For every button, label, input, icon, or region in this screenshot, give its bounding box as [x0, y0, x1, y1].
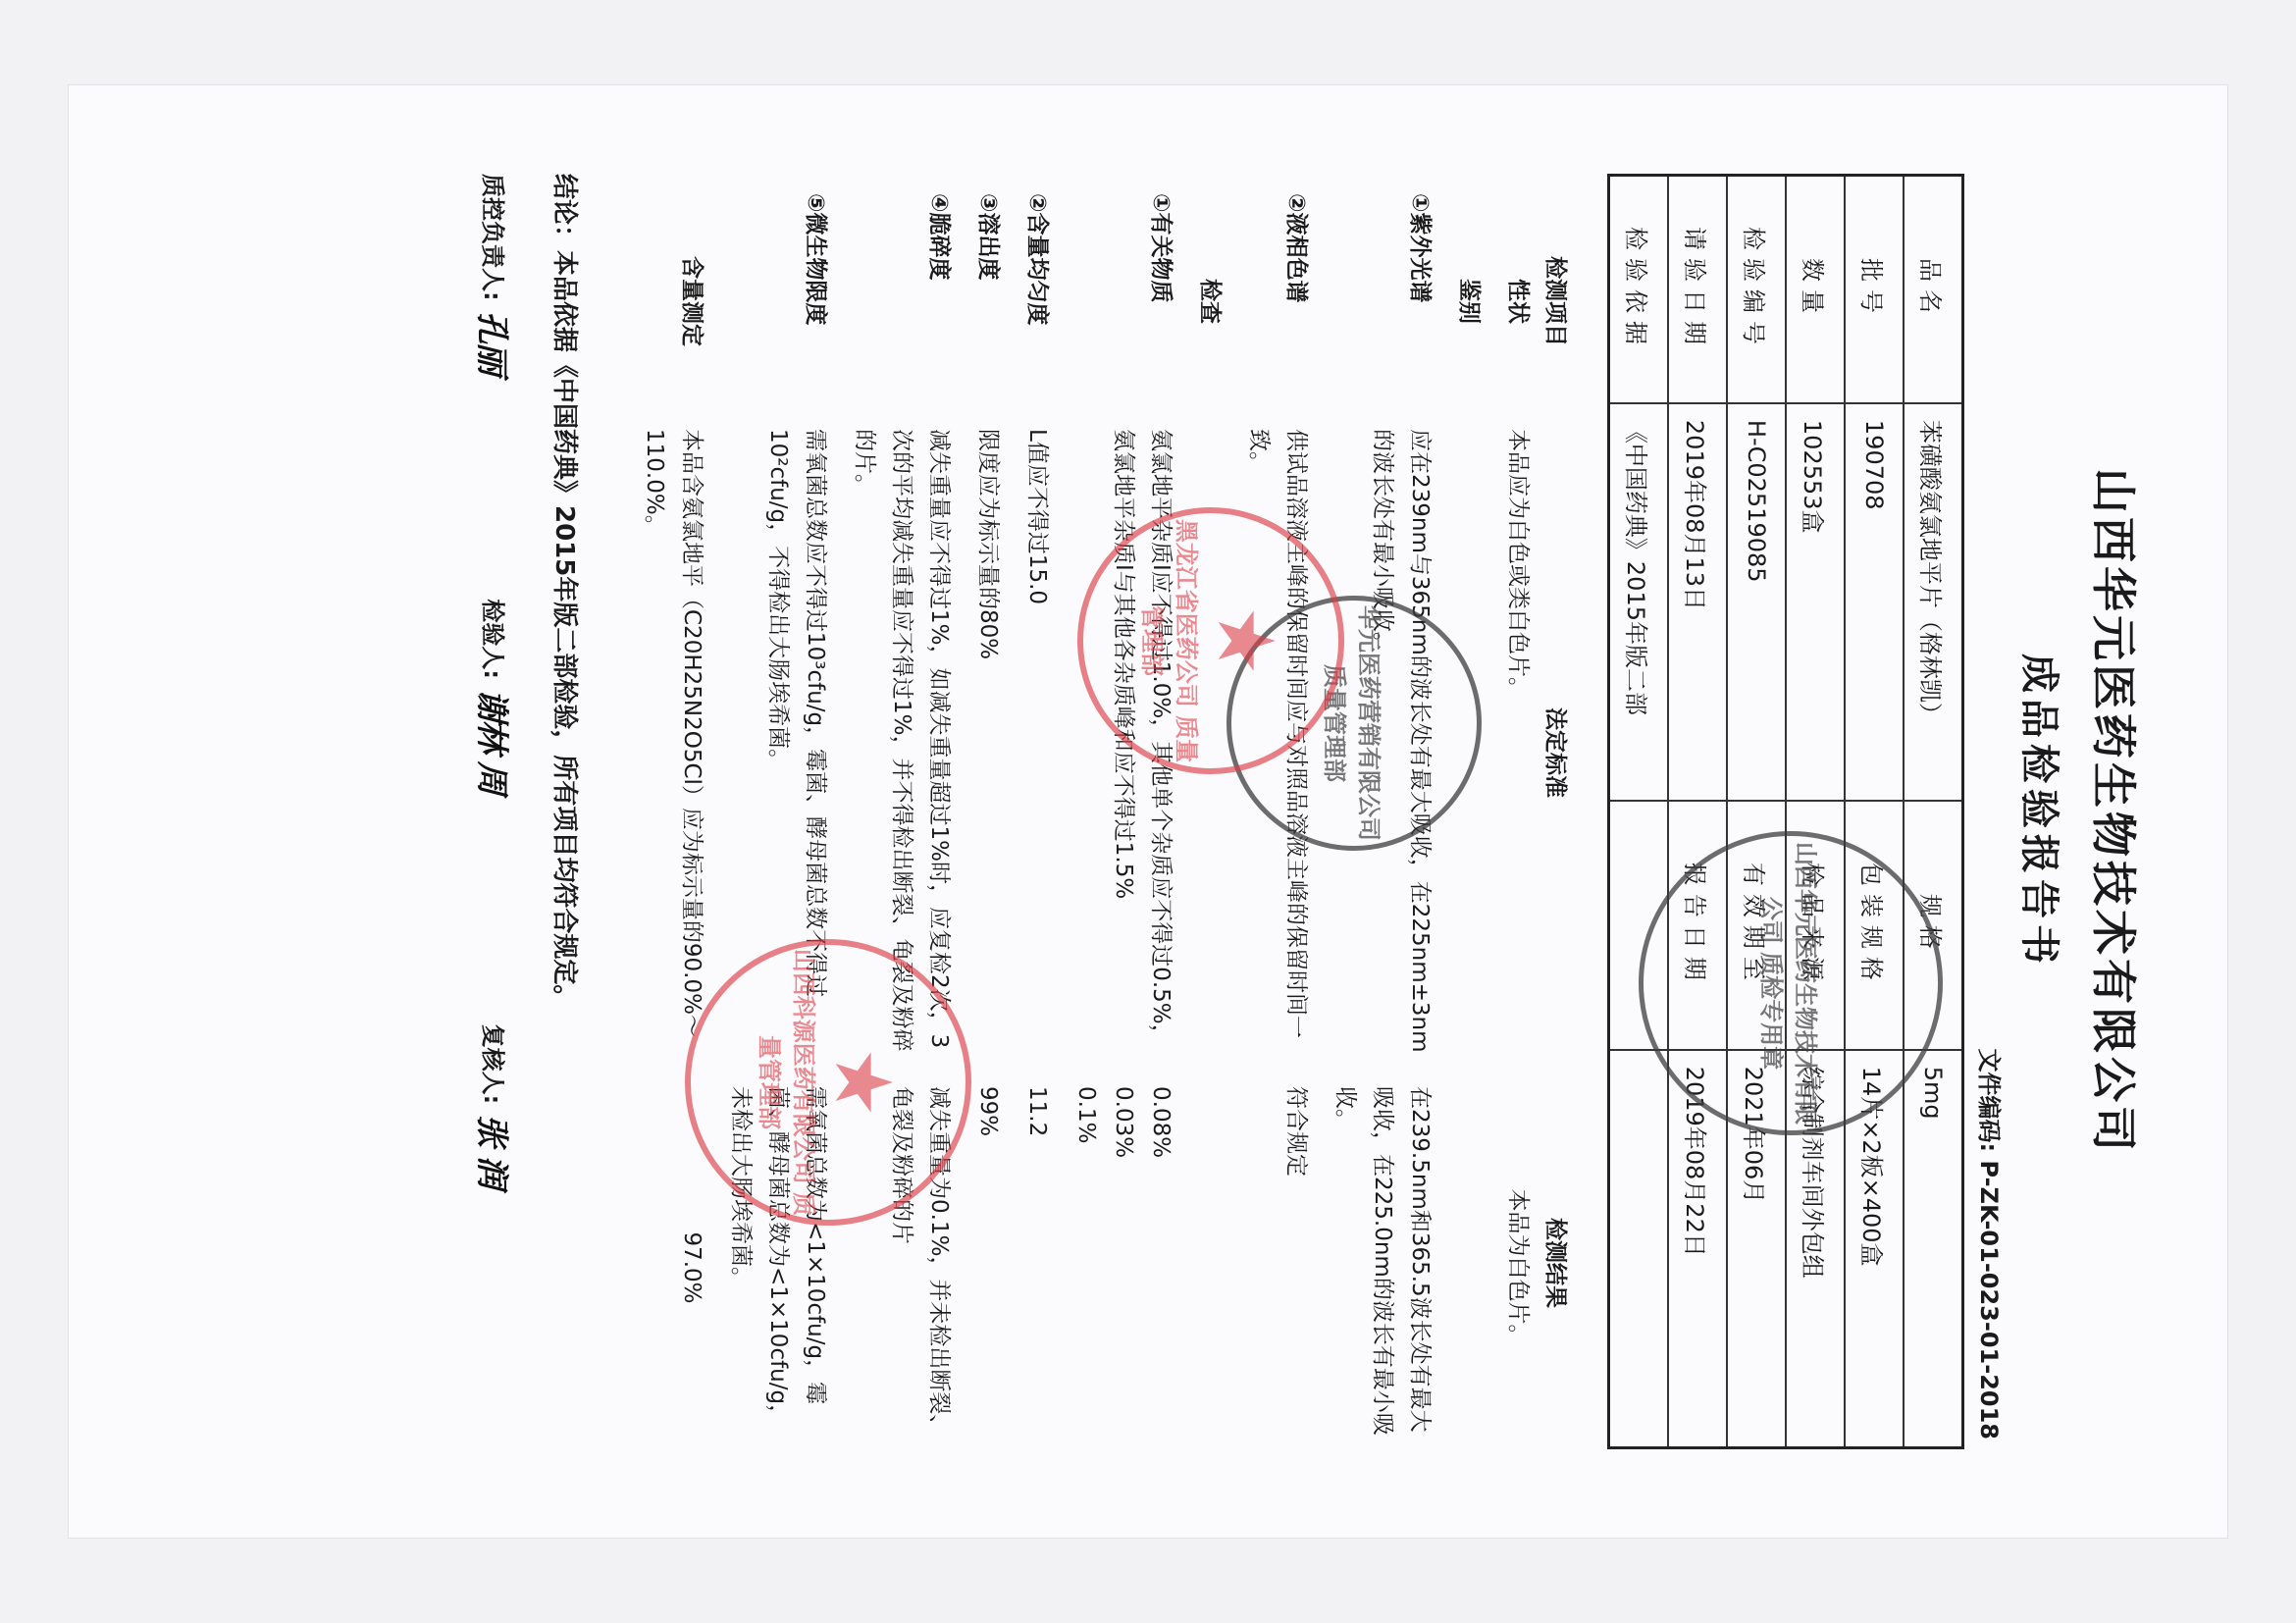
inspector-sign: 检验人: 谢林 周 — [471, 599, 519, 1023]
info-label — [1609, 801, 1669, 1050]
document-number-label: 文件编码: — [1975, 1048, 2003, 1152]
qc-head-signature: 孔丽 — [471, 311, 519, 374]
info-value: 2021年06月 — [1727, 1050, 1786, 1448]
info-label: 包装规格 — [1845, 801, 1904, 1050]
test-result: 11.2 — [1018, 1076, 1056, 1449]
test-standard — [1191, 429, 1228, 1076]
test-standard: 氨氯地平杂质Ⅰ应不得过1.0%，其他单个杂质应不得过0.5%，氨氯地平杂质Ⅰ与其… — [1068, 429, 1179, 1076]
header-item: 检测项目 — [1537, 174, 1574, 429]
info-label: 检验编号 — [1727, 176, 1786, 403]
info-value: H-C02519085 — [1727, 403, 1786, 801]
test-item: 检查 — [1191, 174, 1228, 429]
test-result — [1191, 1076, 1228, 1449]
info-value — [1609, 1050, 1669, 1448]
test-result: 在239.5nm和365.5波长处有最大吸收，在225.0nm的波长有最小吸收。 — [1327, 1076, 1438, 1449]
test-row: ④脆碎度减失重量应不得过1%，如减失重量超过1%时，应复检2次，3次的平均减失重… — [846, 174, 958, 1449]
report-title: 成品检验报告书 — [2014, 174, 2070, 1449]
test-standard — [1450, 429, 1487, 1076]
test-row: 含量测定本品含氨氯地平（C20H25N2O5Cl）应为标示量的90.0%～110… — [636, 174, 710, 1449]
test-item: ③溶出度 — [969, 174, 1007, 429]
qc-head-sign: 质控负责人: 孔丽 — [471, 174, 519, 599]
info-row: 批号190708包装规格14片×2板×400盒 — [1845, 176, 1904, 1448]
conclusion: 结论：本品依据《中国药典》2015年版二部检验，所有项目均符合规定。 — [548, 174, 585, 1449]
test-result: 符合规定 — [1240, 1076, 1315, 1449]
inspector-signature: 谢林 周 — [471, 689, 519, 793]
test-item: 含量测定 — [636, 174, 710, 429]
test-results-header: 检测项目 法定标准 检测结果 — [1537, 174, 1574, 1449]
test-item: ②含量均匀度 — [1018, 174, 1056, 429]
info-row: 请验日期2019年08月13日报告日期2019年08月22日 — [1668, 176, 1727, 1448]
reviewer-signature: 张 润 — [471, 1114, 519, 1186]
test-item: 性状 — [1499, 174, 1537, 429]
test-standard: 限度应为标示量的80% — [969, 429, 1007, 1076]
test-result — [1450, 1076, 1487, 1449]
reviewer-label: 复核人: — [478, 1024, 512, 1105]
info-label: 检品来源 — [1786, 801, 1845, 1050]
test-standard: 需氧菌总数应不得过10³cfu/g，霉菌、酵母菌总数不得过10²cfu/g，不得… — [722, 429, 834, 1076]
info-value: 《中国药典》2015年版二部 — [1609, 403, 1669, 801]
signature-row: 质控负责人: 孔丽 检验人: 谢林 周 复核人: 张 润 — [471, 174, 519, 1449]
info-value: 2019年08月22日 — [1668, 1050, 1727, 1448]
info-row: 数量102553盒检品来源综合制剂车间外包组 — [1786, 176, 1845, 1448]
document-page: 山西华元医药生物技术有限公司 成品检验报告书 文件编码: P-ZK-01-023… — [69, 85, 2227, 1538]
test-row: 鉴别 — [1450, 174, 1487, 1449]
test-result: 需氧菌总数为<1×10cfu/g，霉菌、酵母菌总数为<1×10cfu/g，未检出… — [722, 1076, 834, 1449]
test-result: 0.08% 0.03% 0.1% — [1068, 1076, 1179, 1449]
test-results: 检测项目 法定标准 检测结果 性状本品应为白色或类白色片。本品为白色片。鉴别①紫… — [624, 174, 1574, 1449]
test-row: ⑤微生物限度需氧菌总数应不得过10³cfu/g，霉菌、酵母菌总数不得过10²cf… — [722, 174, 834, 1449]
info-label: 数量 — [1786, 176, 1845, 403]
test-item: ④脆碎度 — [846, 174, 958, 429]
info-value: 5mg — [1904, 1050, 1963, 1448]
info-label: 品名 — [1904, 176, 1963, 403]
test-result: 97.0% — [636, 1076, 710, 1449]
info-value: 2019年08月13日 — [1668, 403, 1727, 801]
info-label: 报告日期 — [1668, 801, 1727, 1050]
info-row: 品名苯磺酸氨氯地平片（格林凯）规格5mg — [1904, 176, 1963, 1448]
test-standard: 供试品溶液主峰的保留时间应与对照品溶液主峰的保留时间一致。 — [1240, 429, 1315, 1076]
info-row: 检验依据《中国药典》2015年版二部 — [1609, 176, 1669, 1448]
info-label: 规格 — [1904, 801, 1963, 1050]
info-value: 综合制剂车间外包组 — [1786, 1050, 1845, 1448]
info-table: 品名苯磺酸氨氯地平片（格林凯）规格5mg批号190708包装规格14片×2板×4… — [1607, 174, 1964, 1449]
test-row: ①有关物质氨氯地平杂质Ⅰ应不得过1.0%，其他单个杂质应不得过0.5%，氨氯地平… — [1068, 174, 1179, 1449]
test-item: ①紫外光谱 — [1327, 174, 1438, 429]
test-row: ②含量均匀度L值应不得过15.011.2 — [1018, 174, 1056, 1449]
info-label: 有效期至 — [1727, 801, 1786, 1050]
info-value: 102553盒 — [1786, 403, 1845, 801]
test-result: 99% — [969, 1076, 1007, 1449]
test-row: 性状本品应为白色或类白色片。本品为白色片。 — [1499, 174, 1537, 1449]
info-value: 14片×2板×400盒 — [1845, 1050, 1904, 1448]
header-result: 检测结果 — [1537, 1076, 1574, 1449]
info-value: 190708 — [1845, 403, 1904, 801]
scan-stage: 山西华元医药生物技术有限公司 成品检验报告书 文件编码: P-ZK-01-023… — [0, 0, 2296, 1623]
test-standard: 本品应为白色或类白色片。 — [1499, 429, 1537, 1076]
test-row: ③溶出度限度应为标示量的80%99% — [969, 174, 1007, 1449]
header-standard: 法定标准 — [1537, 429, 1574, 1076]
test-standard: 应在239nm与365nm的波长处有最大吸收，在225nm±3nm的波长处有最小… — [1327, 429, 1438, 1076]
test-row: ②液相色谱供试品溶液主峰的保留时间应与对照品溶液主峰的保留时间一致。符合规定 — [1240, 174, 1315, 1449]
inspector-label: 检验人: — [478, 599, 512, 679]
test-row: ①紫外光谱应在239nm与365nm的波长处有最大吸收，在225nm±3nm的波… — [1327, 174, 1438, 1449]
info-value: 苯磺酸氨氯地平片（格林凯） — [1904, 403, 1963, 801]
info-label: 请验日期 — [1668, 176, 1727, 403]
qc-head-label: 质控负责人: — [478, 174, 512, 301]
info-label: 检验依据 — [1609, 176, 1669, 403]
test-standard: L值应不得过15.0 — [1018, 429, 1056, 1076]
test-result: 减失重量为0.1%，并未检出断裂、龟裂及粉碎的片 — [846, 1076, 958, 1449]
document-number-value: P-ZK-01-023-01-2018 — [1975, 1160, 2003, 1440]
company-title: 山西华元医药生物技术有限公司 — [2084, 174, 2149, 1449]
info-label: 批号 — [1845, 176, 1904, 403]
test-item: 鉴别 — [1450, 174, 1487, 429]
test-item: ①有关物质 — [1068, 174, 1179, 429]
test-result: 本品为白色片。 — [1499, 1076, 1537, 1449]
test-item: ⑤微生物限度 — [722, 174, 834, 429]
test-item: ②液相色谱 — [1240, 174, 1315, 429]
reviewer-sign: 复核人: 张 润 — [471, 1024, 519, 1449]
test-row: 检查 — [1191, 174, 1228, 1449]
test-standard: 本品含氨氯地平（C20H25N2O5Cl）应为标示量的90.0%～110.0%。 — [636, 429, 710, 1076]
document-number: 文件编码: P-ZK-01-023-01-2018 — [1974, 174, 2009, 1449]
info-row: 检验编号H-C02519085有效期至2021年06月 — [1727, 176, 1786, 1448]
test-standard: 减失重量应不得过1%，如减失重量超过1%时，应复检2次，3次的平均减失重量应不得… — [846, 429, 958, 1076]
